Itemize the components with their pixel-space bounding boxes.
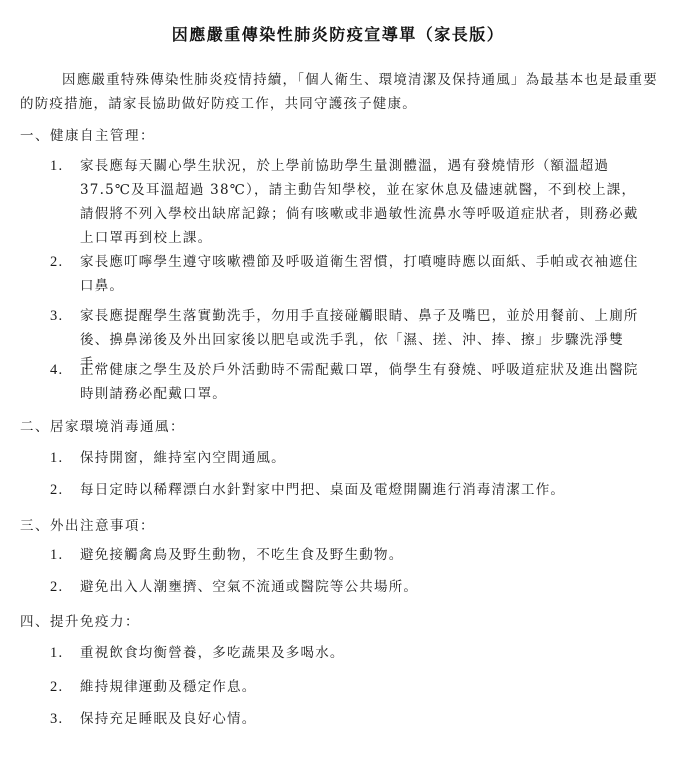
list-item: 1. 重視飲食均衡營養，多吃蔬果及多喝水。 bbox=[50, 641, 650, 665]
item-text: 每日定時以稀釋漂白水針對家中門把、桌面及電燈開關進行消毒清潔工作。 bbox=[80, 478, 650, 502]
item-number: 1. bbox=[50, 641, 80, 665]
item-text: 保持開窗，維持室內空間通風。 bbox=[80, 446, 650, 470]
item-number: 2. bbox=[50, 478, 80, 502]
item-number: 4. bbox=[50, 358, 80, 406]
item-number: 1. bbox=[50, 446, 80, 470]
item-text: 維持規律運動及穩定作息。 bbox=[80, 675, 650, 699]
item-text: 避免出入人潮壅擠、空氣不流通或醫院等公共場所。 bbox=[80, 575, 650, 599]
list-item: 3. 保持充足睡眠及良好心情。 bbox=[50, 707, 650, 731]
intro-paragraph: 因應嚴重特殊傳染性肺炎疫情持續，「個人衛生、環境清潔及保持通風」為最基本也是最重… bbox=[20, 68, 660, 116]
list-item: 1. 保持開窗，維持室內空間通風。 bbox=[50, 446, 650, 470]
list-item: 2. 維持規律運動及穩定作息。 bbox=[50, 675, 650, 699]
section-heading-going-out: 三、外出注意事項： bbox=[20, 514, 155, 534]
section-heading-immunity: 四、提升免疫力： bbox=[20, 610, 140, 630]
list-item: 4. 正常健康之學生及於戶外活動時不需配戴口罩，倘學生有發燒、呼吸道症狀及進出醫… bbox=[50, 358, 650, 406]
list-item: 2. 每日定時以稀釋漂白水針對家中門把、桌面及電燈開關進行消毒清潔工作。 bbox=[50, 478, 650, 502]
document-title: 因應嚴重傳染性肺炎防疫宣導單（家長版） bbox=[0, 22, 676, 45]
list-item: 2. 避免出入人潮壅擠、空氣不流通或醫院等公共場所。 bbox=[50, 575, 650, 599]
section-heading-home-environment: 二、居家環境消毒通風： bbox=[20, 415, 185, 435]
item-number: 2. bbox=[50, 250, 80, 298]
item-text: 家長應叮嚀學生遵守咳嗽禮節及呼吸道衛生習慣，打噴嚏時應以面紙、手帕或衣袖遮住口鼻… bbox=[80, 250, 650, 298]
section-heading-health: 一、健康自主管理： bbox=[20, 124, 155, 144]
item-text: 重視飲食均衡營養，多吃蔬果及多喝水。 bbox=[80, 641, 650, 665]
item-number: 2. bbox=[50, 575, 80, 599]
list-item: 2. 家長應叮嚀學生遵守咳嗽禮節及呼吸道衛生習慣，打噴嚏時應以面紙、手帕或衣袖遮… bbox=[50, 250, 650, 298]
item-number: 3. bbox=[50, 707, 80, 731]
item-text: 避免接觸禽鳥及野生動物，不吃生食及野生動物。 bbox=[80, 543, 650, 567]
list-item: 1. 避免接觸禽鳥及野生動物，不吃生食及野生動物。 bbox=[50, 543, 650, 567]
list-item: 1. 家長應每天關心學生狀況，於上學前協助學生量測體溫，遇有發燒情形（額溫超過 … bbox=[50, 154, 650, 250]
item-text: 正常健康之學生及於戶外活動時不需配戴口罩，倘學生有發燒、呼吸道症狀及進出醫院時則… bbox=[80, 358, 650, 406]
item-text: 家長應每天關心學生狀況，於上學前協助學生量測體溫，遇有發燒情形（額溫超過 37.… bbox=[80, 154, 650, 250]
item-number: 2. bbox=[50, 675, 80, 699]
item-number: 1. bbox=[50, 543, 80, 567]
item-number: 1. bbox=[50, 154, 80, 250]
item-text: 保持充足睡眠及良好心情。 bbox=[80, 707, 650, 731]
